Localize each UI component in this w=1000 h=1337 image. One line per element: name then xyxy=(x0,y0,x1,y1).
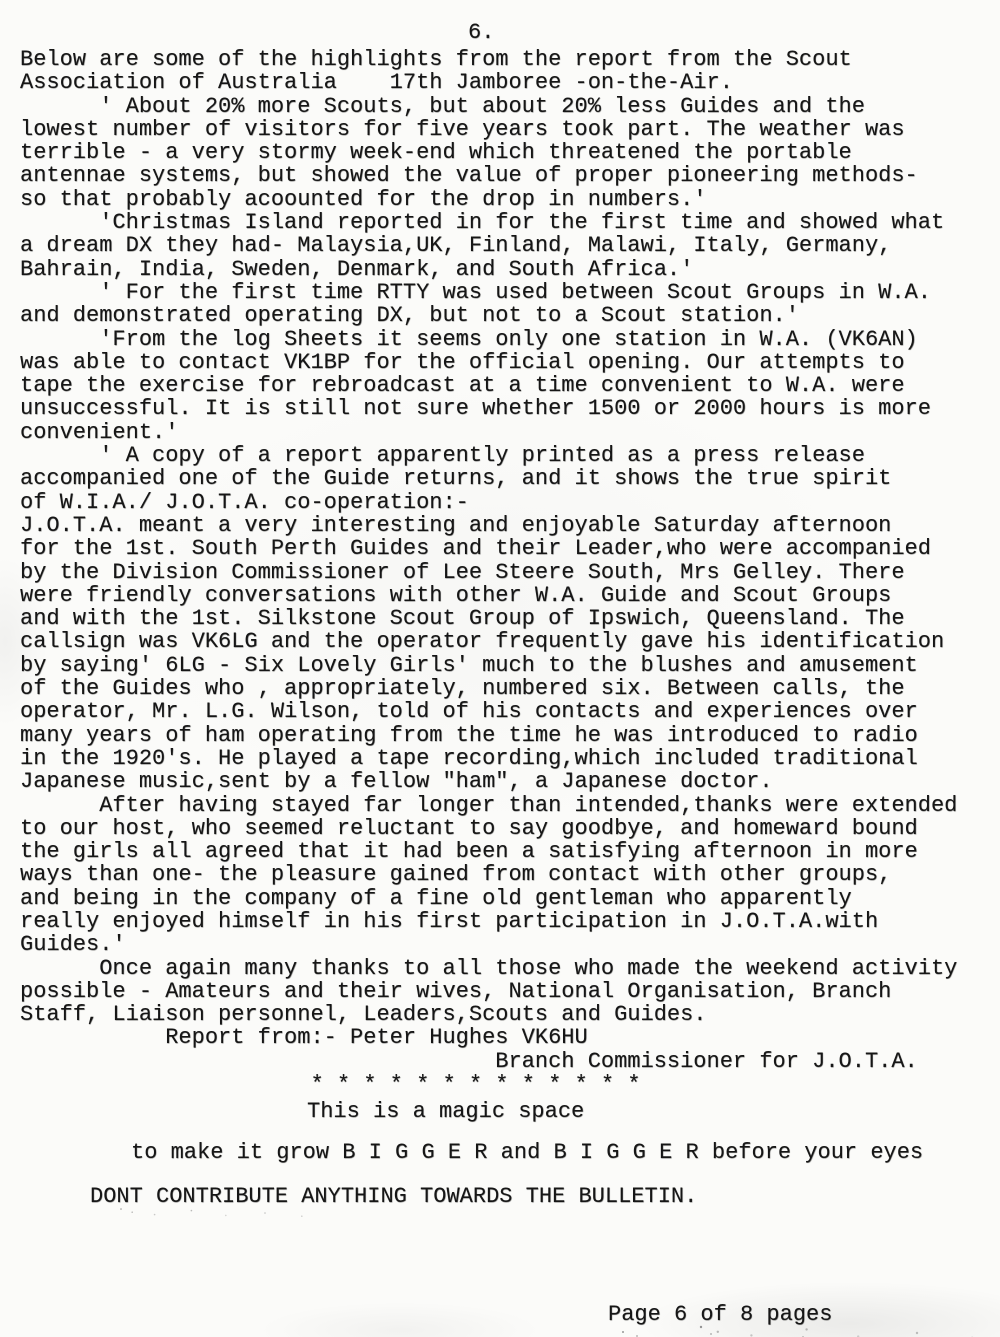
magic-space-line-1: This is a magic space xyxy=(307,1099,584,1124)
body-text: Below are some of the highlights from th… xyxy=(20,48,957,1096)
scan-speckle xyxy=(700,1326,702,1328)
scan-speckle xyxy=(120,1208,122,1210)
scanned-document-page: 6. Below are some of the highlights from… xyxy=(0,0,1000,1337)
scan-speckle xyxy=(622,1331,624,1333)
page-footer: Page 6 of 8 pages xyxy=(608,1302,832,1327)
magic-space-line-3: DONT CONTRIBUTE ANYTHING TOWARDS THE BUL… xyxy=(90,1184,697,1209)
page-number: 6. xyxy=(468,20,494,45)
magic-space-line-2: to make it grow B I G G E R and B I G G … xyxy=(131,1140,923,1165)
